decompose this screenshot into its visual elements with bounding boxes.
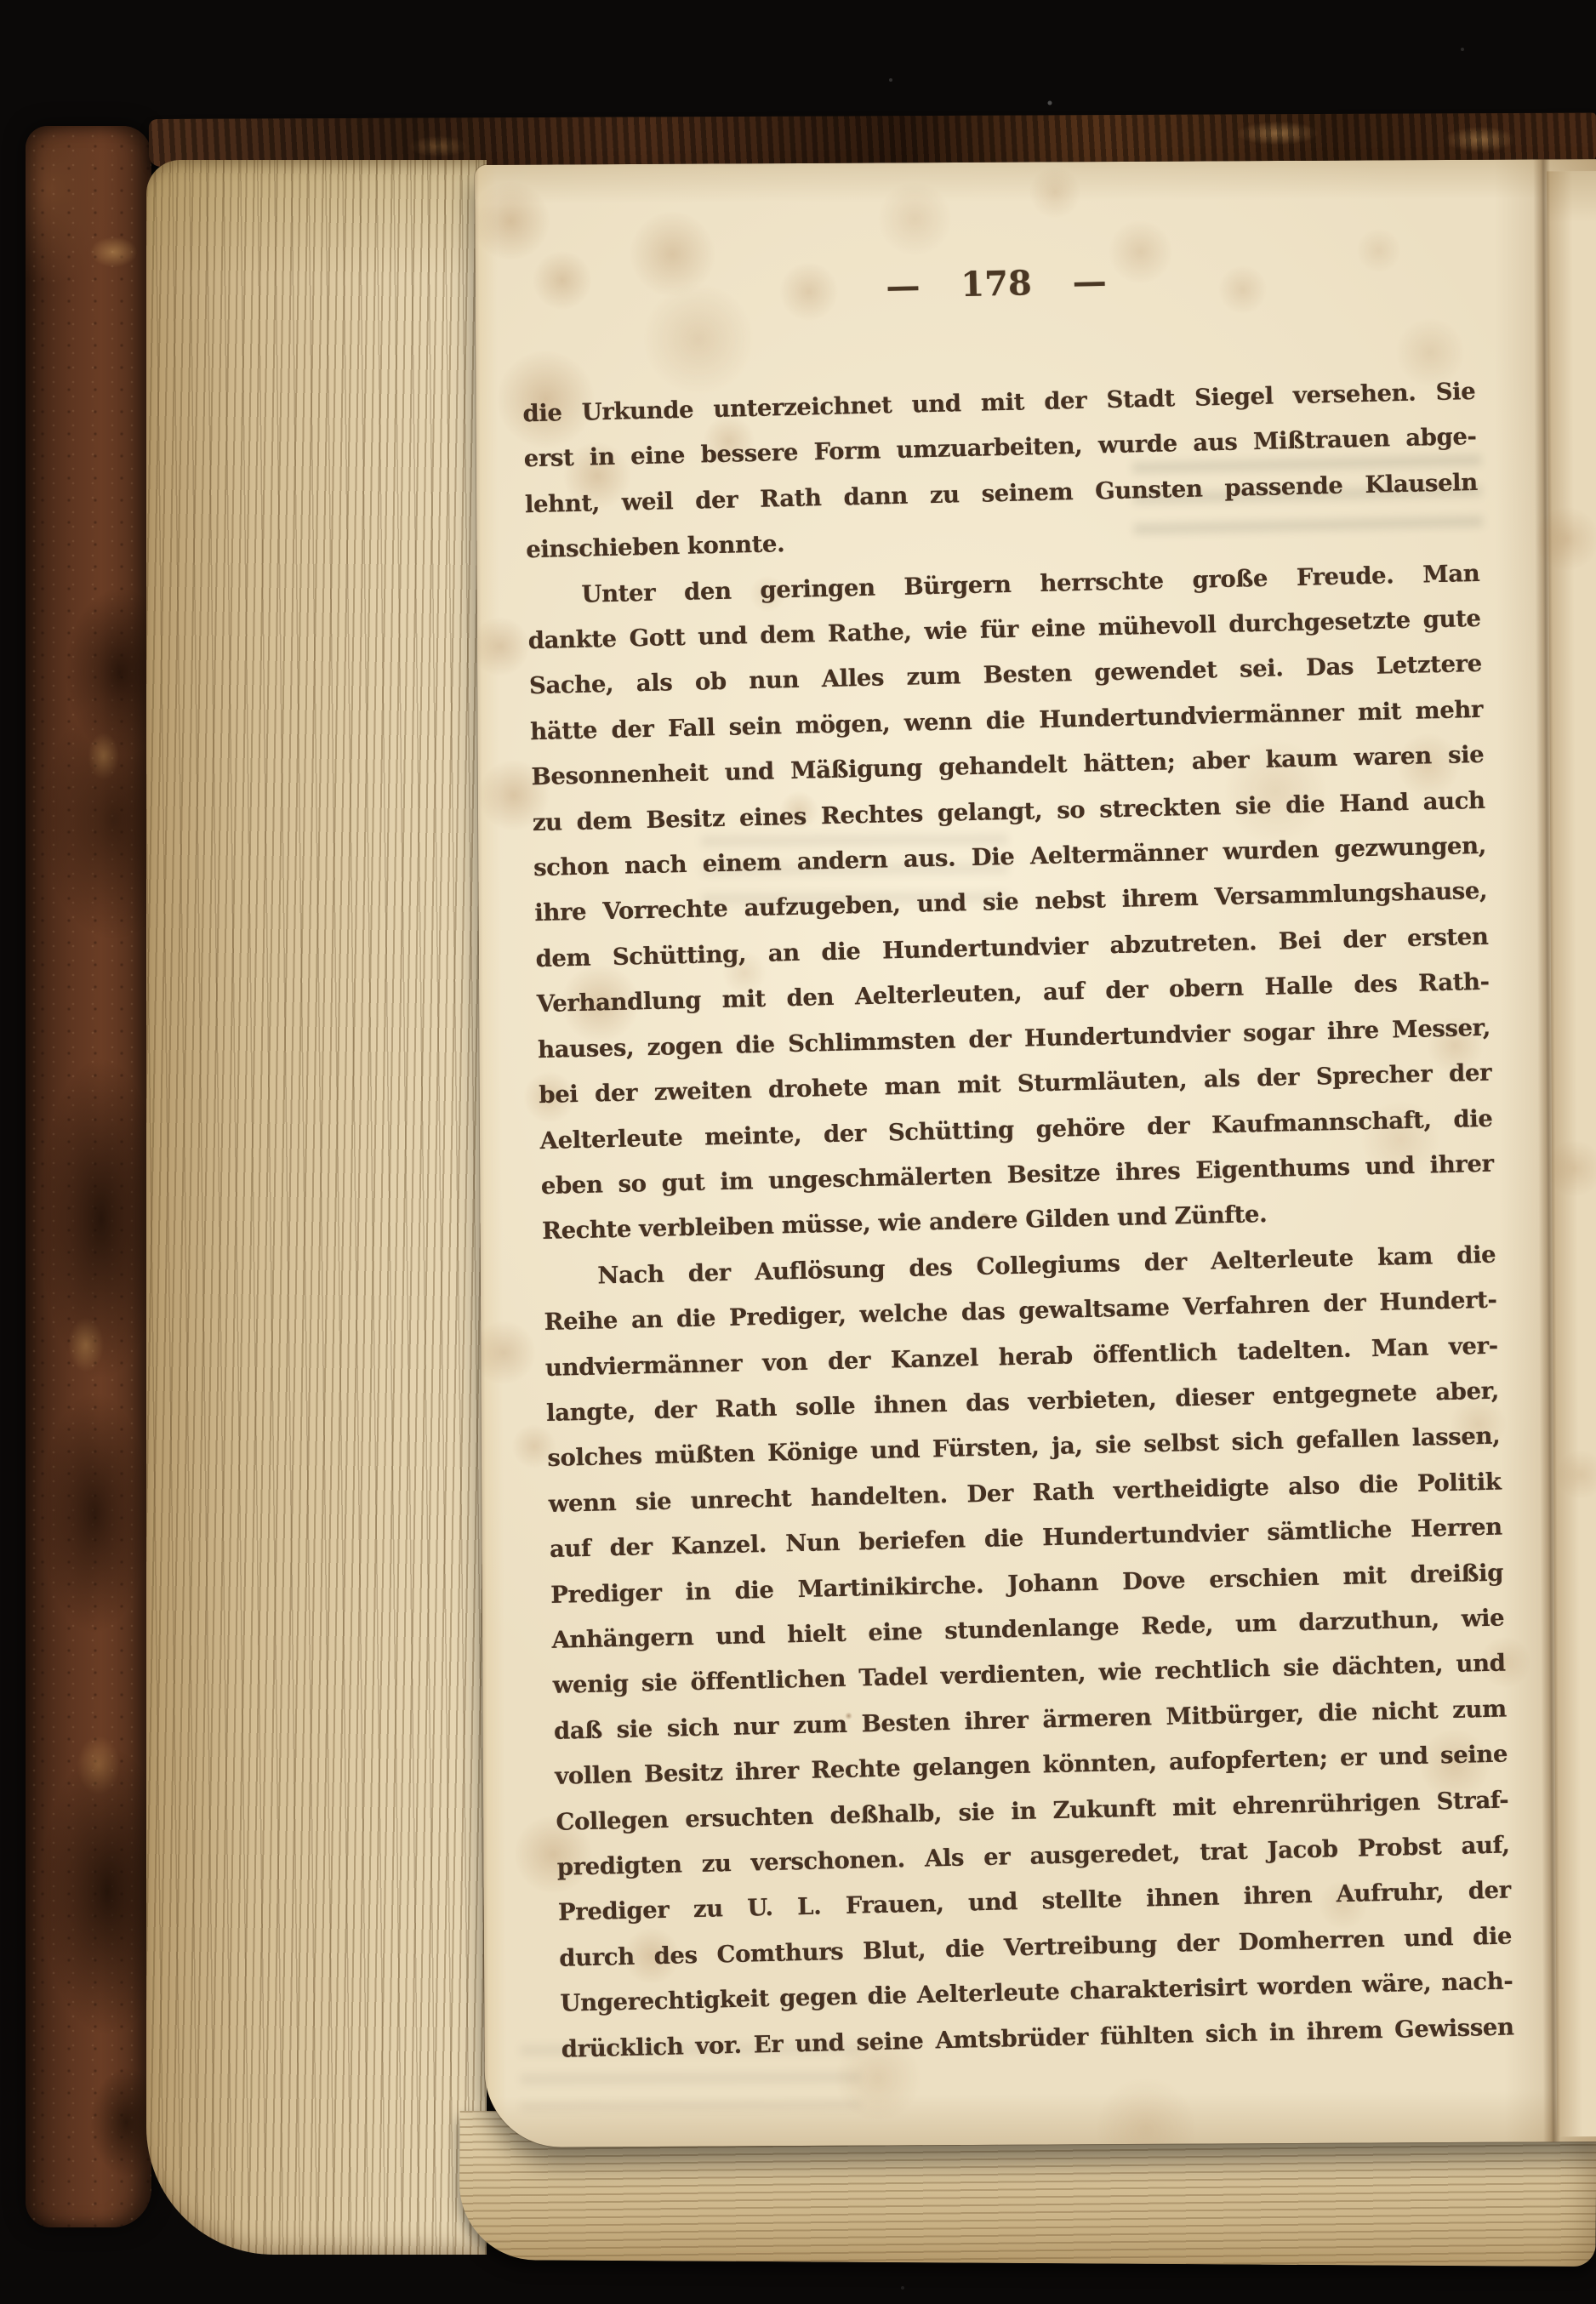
page-stack-left-edges: [146, 160, 487, 2255]
dust-specks: [0, 0, 2, 2]
book-spine: [26, 126, 151, 2227]
paragraph: Nach der Auflösung des Collegiums der Ae…: [543, 1232, 1514, 2072]
paragraph: die Urkunde unterzeichnet und mit der St…: [522, 369, 1479, 573]
book-scan-photo: — 178 — die Urkunde unterzeichnet und mi…: [0, 0, 1596, 2304]
book-page: — 178 — die Urkunde unterzeichnet und mi…: [475, 159, 1596, 2147]
top-binding-edge: [149, 113, 1596, 167]
spine-wear-marbling: [26, 126, 151, 2227]
page-content: — 178 — die Urkunde unterzeichnet und mi…: [520, 253, 1514, 2073]
paragraph: Unter den geringen Bürgern herrschte gro…: [527, 551, 1496, 1255]
